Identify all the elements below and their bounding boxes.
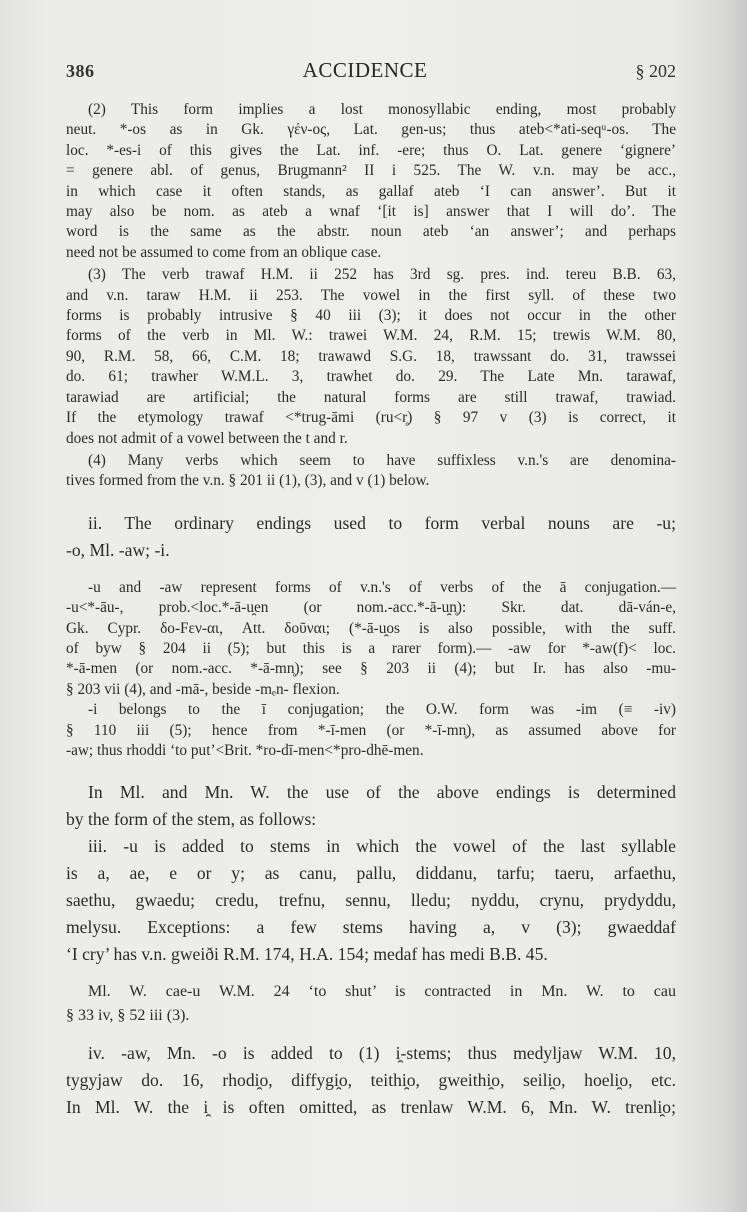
- paragraph-section-iii: iii. -u is added to stems in which the v…: [66, 833, 676, 968]
- text-line: tives formed from the v.n. § 201 ii (1),…: [66, 471, 676, 491]
- text-line: -u<*-āu-, prob.<loc.*-ā-u̯en (or nom.-ac…: [66, 598, 676, 618]
- paragraph-cau-note: Ml. W. cae-u W.M. 24 ‘to shut’ is contra…: [66, 980, 676, 1028]
- text-line: by the form of the stem, as follows:: [66, 806, 676, 833]
- text-line: tygyjaw do. 16, rhodi̯o, diffygi̯o, teit…: [66, 1067, 676, 1094]
- running-head: 386 ACCIDENCE § 202: [66, 58, 676, 88]
- text-line: saethu, gwaedu; credu, trefnu, sennu, ll…: [66, 887, 676, 914]
- text-line: § 203 vii (4), and -mā-, beside -mₑn- fl…: [66, 680, 676, 700]
- book-page: 386 ACCIDENCE § 202 (2) This form implie…: [66, 58, 676, 1121]
- paragraph-i-conjugation-note: -i belongs to the ī conjugation; the O.W…: [66, 700, 676, 761]
- text-line: forms of the verb in Ml. W.: trawei W.M.…: [66, 326, 676, 346]
- text-line: § 110 iii (5); hence from *-ī-men (or *-…: [66, 721, 676, 741]
- text-line: *-ā-men (or nom.-acc. *-ā-mn̥); see § 20…: [66, 659, 676, 679]
- text-line: melysu. Exceptions: a few stems having a…: [66, 914, 676, 941]
- text-line: in which case it often stands, as gallaf…: [66, 182, 676, 202]
- text-line: 90, R.M. 58, 66, C.M. 18; trawawd S.G. 1…: [66, 347, 676, 367]
- text-line: (2) This form implies a lost monosyllabi…: [66, 100, 676, 120]
- text-line: ‘I cry’ has v.n. gweiði R.M. 174, H.A. 1…: [66, 941, 676, 968]
- text-line: tarawiad are artificial; the natural for…: [66, 388, 676, 408]
- text-line: -u and -aw represent forms of v.n.'s of …: [66, 578, 676, 598]
- text-line: -i belongs to the ī conjugation; the O.W…: [66, 700, 676, 720]
- text-line: neut. *-os as in Gk. γέν-ος, Lat. gen-us…: [66, 120, 676, 140]
- text-line: § 33 iv, § 52 iii (3).: [66, 1004, 676, 1028]
- text-line: If the etymology trawaf <*trug-āmi (ru<r…: [66, 408, 676, 428]
- paragraph-ml-mn-intro: In Ml. and Mn. W. the use of the above e…: [66, 779, 676, 833]
- text-line: Gk. Cypr. δο-Fεν-αι, Att. δοῦναι; (*-ā-u…: [66, 619, 676, 639]
- text-line: do. 61; trawher W.M.L. 3, trawhet do. 29…: [66, 367, 676, 387]
- text-line: In Ml. W. the i̯ is often omitted, as tr…: [66, 1094, 676, 1121]
- text-line: need not be assumed to come from an obli…: [66, 243, 676, 263]
- text-line: ii. The ordinary endings used to form ve…: [66, 510, 676, 537]
- text-line: does not admit of a vowel between the t …: [66, 429, 676, 449]
- page-title: ACCIDENCE: [303, 58, 428, 83]
- paragraph-note-4: (4) Many verbs which seem to have suffix…: [66, 451, 676, 492]
- text-line: of byw § 204 ii (5); but this is a rarer…: [66, 639, 676, 659]
- text-line: iv. -aw, Mn. -o is added to (1) i̯-stems…: [66, 1040, 676, 1067]
- section-number: § 202: [635, 61, 676, 82]
- text-line: and v.n. taraw H.M. ii 253. The vowel in…: [66, 286, 676, 306]
- text-line: iii. -u is added to stems in which the v…: [66, 833, 676, 860]
- text-line: (4) Many verbs which seem to have suffix…: [66, 451, 676, 471]
- text-line: (3) The verb trawaf H.M. ii 252 has 3rd …: [66, 265, 676, 285]
- text-line: word is the same as the abstr. noun ateb…: [66, 222, 676, 242]
- text-line: may also be nom. as ateb a wnaf ‘[it is]…: [66, 202, 676, 222]
- text-line: loc. *-es-i of this gives the Lat. inf. …: [66, 141, 676, 161]
- text-line: = genere abl. of genus, Brugmann² II i 5…: [66, 161, 676, 181]
- paragraph-note-3: (3) The verb trawaf H.M. ii 252 has 3rd …: [66, 265, 676, 449]
- paragraph-endings-note: -u and -aw represent forms of v.n.'s of …: [66, 578, 676, 700]
- paragraph-section-iv: iv. -aw, Mn. -o is added to (1) i̯-stems…: [66, 1040, 676, 1121]
- text-line: In Ml. and Mn. W. the use of the above e…: [66, 779, 676, 806]
- page-number: 386: [66, 61, 95, 82]
- text-line: -aw; thus rhoddi ‘to put’<Brit. *ro-dī-m…: [66, 741, 676, 761]
- text-line: Ml. W. cae-u W.M. 24 ‘to shut’ is contra…: [66, 980, 676, 1004]
- text-line: -o, Ml. -aw; -i.: [66, 537, 676, 564]
- paragraph-note-2: (2) This form implies a lost monosyllabi…: [66, 100, 676, 263]
- text-line: is a, ae, e or y; as canu, pallu, diddan…: [66, 860, 676, 887]
- text-line: forms is probably intrusive § 40 iii (3)…: [66, 306, 676, 326]
- paragraph-section-ii: ii. The ordinary endings used to form ve…: [66, 510, 676, 564]
